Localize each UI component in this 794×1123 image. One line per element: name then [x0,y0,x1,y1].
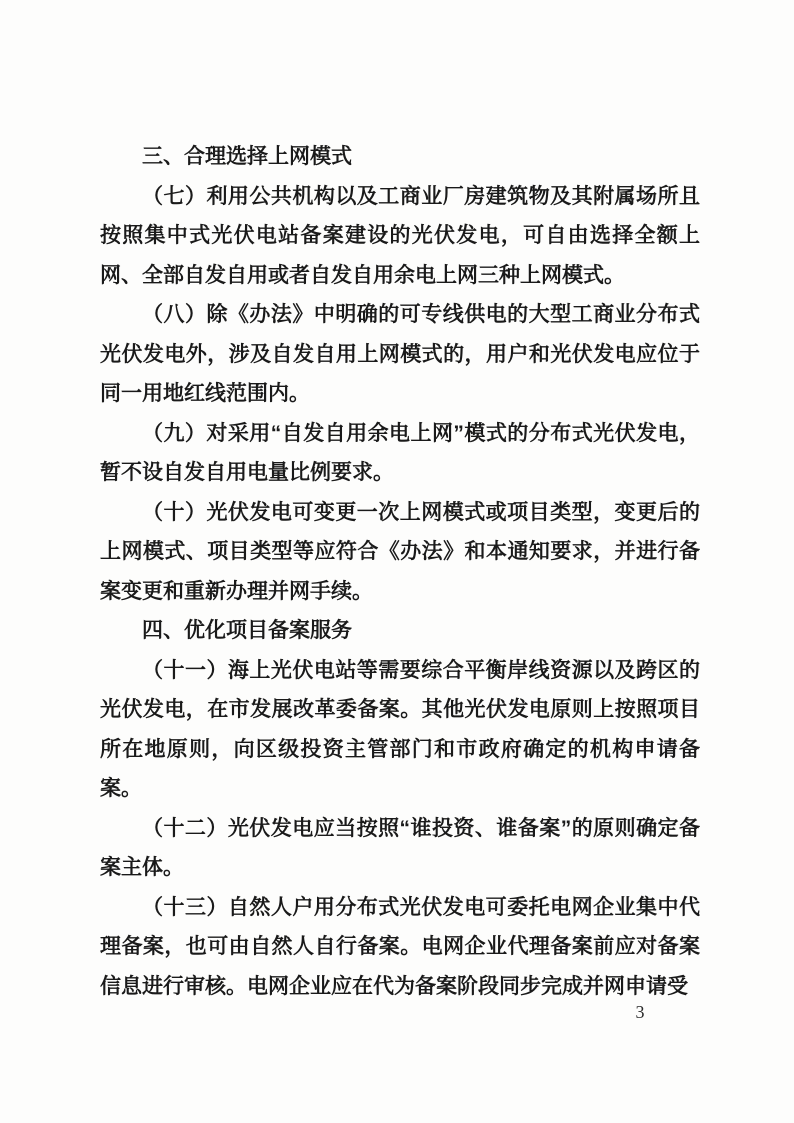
clause-7-paragraph: （七）利用公共机构以及工商业厂房建筑物及其附属场所且按照集中式光伏电站备案建设的… [100,177,700,296]
document-content: 三、合理选择上网模式 （七）利用公共机构以及工商业厂房建筑物及其附属场所且按照集… [100,137,700,1006]
clause-13-paragraph: （十三）自然人户用分布式光伏发电可委托电网企业集中代理备案，也可由自然人自行备案… [100,888,700,1007]
section-heading-4: 四、优化项目备案服务 [100,611,700,651]
page-number: 3 [628,1002,652,1023]
clause-12-paragraph: （十二）光伏发电应当按照“谁投资、谁备案”的原则确定备案主体。 [100,809,700,888]
section-heading-3: 三、合理选择上网模式 [100,137,700,177]
clause-10-paragraph: （十）光伏发电可变更一次上网模式或项目类型，变更后的上网模式、项目类型等应符合《… [100,493,700,612]
clause-9-paragraph: （九）对采用“自发自用余电上网”模式的分布式光伏发电，暂不设自发自用电量比例要求… [100,414,700,493]
document-page: 三、合理选择上网模式 （七）利用公共机构以及工商业厂房建筑物及其附属场所且按照集… [0,0,794,1123]
clause-8-paragraph: （八）除《办法》中明确的可专线供电的大型工商业分布式光伏发电外，涉及自发自用上网… [100,295,700,414]
clause-11-paragraph: （十一）海上光伏电站等需要综合平衡岸线资源以及跨区的光伏发电，在市发展改革委备案… [100,651,700,809]
